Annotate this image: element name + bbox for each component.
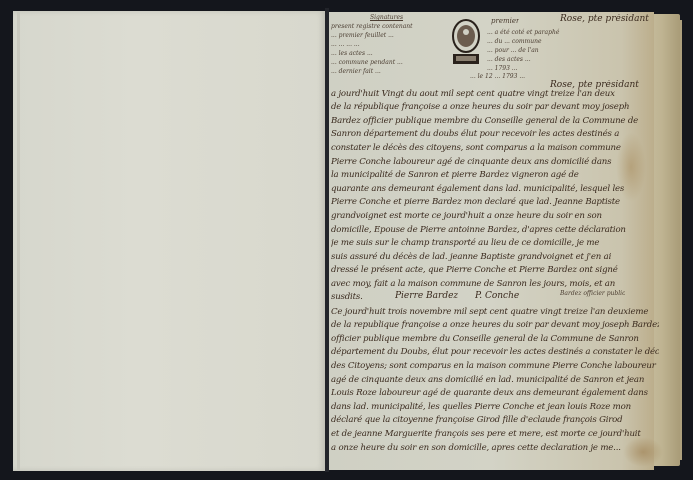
entry1-line: Bardez officier publique membre du Conse… [331, 116, 659, 126]
entry1-line: quarante ans demeurant également dans la… [331, 184, 659, 194]
header-left-line: ... premier feuillet ... [331, 31, 446, 40]
header-right-name: Rose, pte présidant [560, 14, 649, 24]
entry1-line: Sanron département du doubs élut pour re… [331, 129, 659, 139]
entry1-line: de la république françoise a onze heures… [331, 102, 659, 112]
header-left-line: ... dernier fait ... [331, 67, 446, 76]
entry2-line: a onze heure du soir en son domicille, a… [331, 443, 659, 453]
book-gutter [325, 8, 329, 472]
entry2-line: Louis Roze laboureur agé de quarante deu… [331, 388, 659, 398]
header-left-line: ... les actes ... [331, 49, 446, 58]
entry1-line: constater le décès des citoyens, sont co… [331, 143, 659, 153]
entry2-line: Ce jourd'huit trois novembre mil sept ce… [331, 307, 659, 317]
header-signatures-label: Signatures [370, 13, 403, 22]
signature-bardez: Pierre Bardez [395, 291, 458, 301]
entry1-line: je me suis sur le champ transporté au li… [331, 238, 659, 248]
entry1-line: avec moy, fait a la maison commune de Sa… [331, 279, 659, 289]
entry2-line: dans lad. municipalité, les quelles Pier… [331, 402, 659, 412]
header-right-line: ... des actes ... [487, 55, 637, 64]
entry1-line: a jourd'huit Vingt du aout mil sept cent… [331, 89, 659, 99]
entry2-line: et de jeanne Marguerite françois ses per… [331, 429, 659, 439]
entry1-line: Pierre Conche et pierre Bardez mon decla… [331, 197, 659, 207]
entry1-line: Pierre Conche laboureur agé de cinquante… [331, 157, 659, 167]
header-left-line: present registre contenant [331, 22, 446, 31]
entry1-line: la municipalité de Sanron et pierre Bard… [331, 170, 659, 180]
entry2-line: de la republique françoise a onze heures… [331, 320, 659, 330]
header-right-line: ... du ... commune [487, 37, 637, 46]
entry2-line: département du Doubs, élut pour recevoir… [331, 347, 659, 357]
entry1-line: dressé le présent acte, que Pierre Conch… [331, 265, 659, 275]
entry1-line: grandvoignet est morte ce jourd'huit a o… [331, 211, 659, 221]
left-page-blank [13, 11, 325, 471]
entry1-line: susdits. [331, 292, 391, 302]
header-left-line: ... ... ... ... [331, 40, 446, 49]
header-right-line: ... pour ... de l'an [487, 46, 637, 55]
left-page-edge [17, 12, 20, 470]
header-right-title: premier [491, 17, 519, 26]
signature-officer: Bardez officier public [560, 289, 625, 298]
header-left-line: ... commune pendant ... [331, 58, 446, 67]
entry1-line: domicille, Epouse de Pierre antoinne Bar… [331, 225, 659, 235]
entry2-line: agé de cinquante deux ans domicilié en l… [331, 375, 659, 385]
entry2-line: officier publique membre du Conseille ge… [331, 334, 659, 344]
entry2-line: des Citoyens; sont comparus en la maison… [331, 361, 659, 371]
revenue-stamp-icon [448, 18, 484, 70]
entry2-line: déclaré que la citoyenne françoise Girod… [331, 415, 659, 425]
header-right-line: ... a été coté et paraphé [487, 28, 637, 37]
signature-conche: P. Conche [475, 291, 519, 301]
entry1-line: suis assuré du décès de lad. jeanne Bapt… [331, 252, 659, 262]
